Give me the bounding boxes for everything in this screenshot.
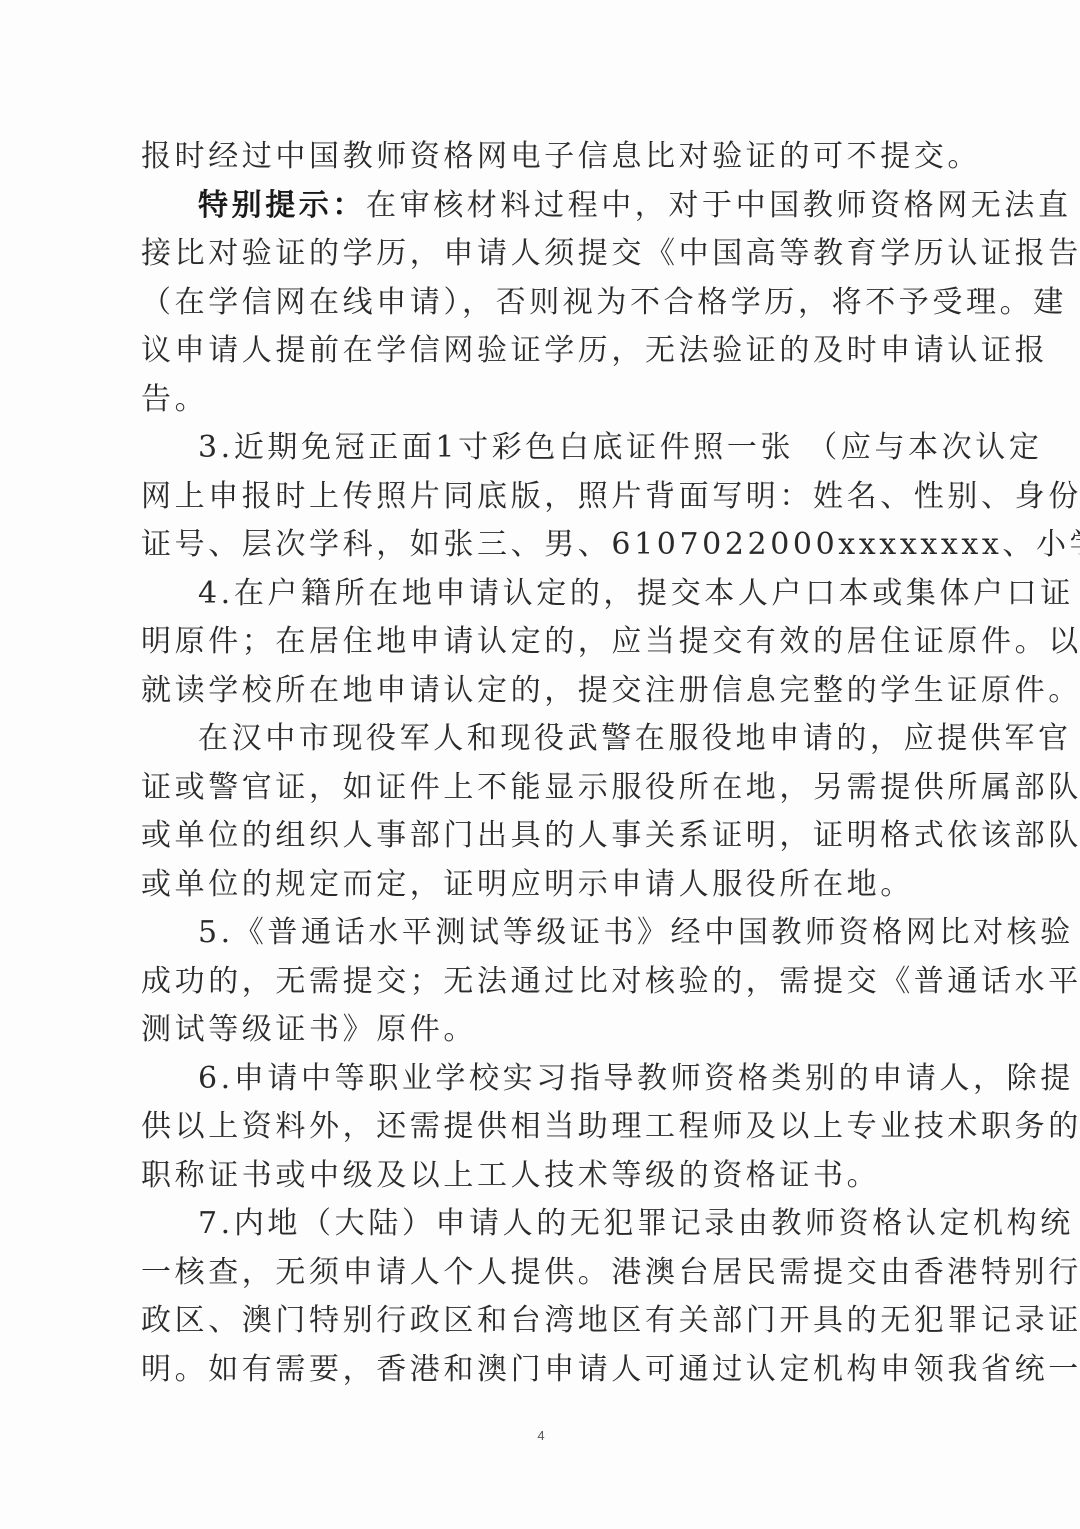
item-3-line-3: 证号、层次学科，如张三、男、6107022000xxxxxxxx、小学语文）。 [141, 521, 947, 570]
page-number: 4 [535, 1428, 547, 1443]
item-6-line-1: 6.申请中等职业学校实习指导教师资格类别的申请人，除提 [141, 1055, 947, 1104]
item-4-line-1: 4.在户籍所在地申请认定的，提交本人户口本或集体户口证 [141, 570, 947, 619]
item-4-line-3: 就读学校所在地申请认定的，提交注册信息完整的学生证原件。 [141, 667, 947, 716]
special-notice-label: 特别提示： [198, 188, 366, 223]
item-7-line-1: 7.内地（大陆）申请人的无犯罪记录由教师资格认定机构统 [141, 1200, 947, 1249]
text-line-6: 告。 [141, 376, 947, 425]
document-body: 报时经过中国教师资格网电子信息比对验证的可不提交。 特别提示：在审核材料过程中，… [141, 133, 947, 1394]
item-5-line-3: 测试等级证书》原件。 [141, 1006, 947, 1055]
military-para-line-3: 或单位的组织人事部门出具的人事关系证明，证明格式依该部队 [141, 812, 947, 861]
text-line-3: 接比对验证的学历，申请人须提交《中国高等教育学历认证报告》 [141, 230, 947, 279]
item-7-line-4: 明。如有需要，香港和澳门申请人可通过认定机构申领我省统一 [141, 1346, 947, 1395]
special-notice-line: 特别提示：在审核材料过程中，对于中国教师资格网无法直 [141, 182, 947, 231]
text-line-4: （在学信网在线申请），否则视为不合格学历，将不予受理。建 [141, 279, 947, 328]
military-para-line-1: 在汉中市现役军人和现役武警在服役地申请的，应提供军官 [141, 715, 947, 764]
text-line-5: 议申请人提前在学信网验证学历，无法验证的及时申请认证报 [141, 327, 947, 376]
item-7-line-2: 一核查，无须申请人个人提供。港澳台居民需提交由香港特别行 [141, 1249, 947, 1298]
military-para-line-2: 证或警官证，如证件上不能显示服役所在地，另需提供所属部队 [141, 764, 947, 813]
text-line-1: 报时经过中国教师资格网电子信息比对验证的可不提交。 [141, 133, 947, 182]
item-6-line-3: 职称证书或中级及以上工人技术等级的资格证书。 [141, 1152, 947, 1201]
document-page: 报时经过中国教师资格网电子信息比对验证的可不提交。 特别提示：在审核材料过程中，… [0, 0, 1080, 1529]
item-6-line-2: 供以上资料外，还需提供相当助理工程师及以上专业技术职务的 [141, 1103, 947, 1152]
item-3-line-1: 3.近期免冠正面1寸彩色白底证件照一张 （应与本次认定 [141, 424, 947, 473]
item-7-line-3: 政区、澳门特别行政区和台湾地区有关部门开具的无犯罪记录证 [141, 1297, 947, 1346]
special-notice-text: 在审核材料过程中，对于中国教师资格网无法直 [366, 188, 1072, 223]
military-para-line-4: 或单位的规定而定，证明应明示申请人服役所在地。 [141, 861, 947, 910]
item-3-line-2: 网上申报时上传照片同底版，照片背面写明：姓名、性别、身份 [141, 473, 947, 522]
item-4-line-2: 明原件；在居住地申请认定的，应当提交有效的居住证原件。以 [141, 618, 947, 667]
item-5-line-2: 成功的，无需提交；无法通过比对核验的，需提交《普通话水平 [141, 958, 947, 1007]
item-5-line-1: 5.《普通话水平测试等级证书》经中国教师资格网比对核验 [141, 909, 947, 958]
